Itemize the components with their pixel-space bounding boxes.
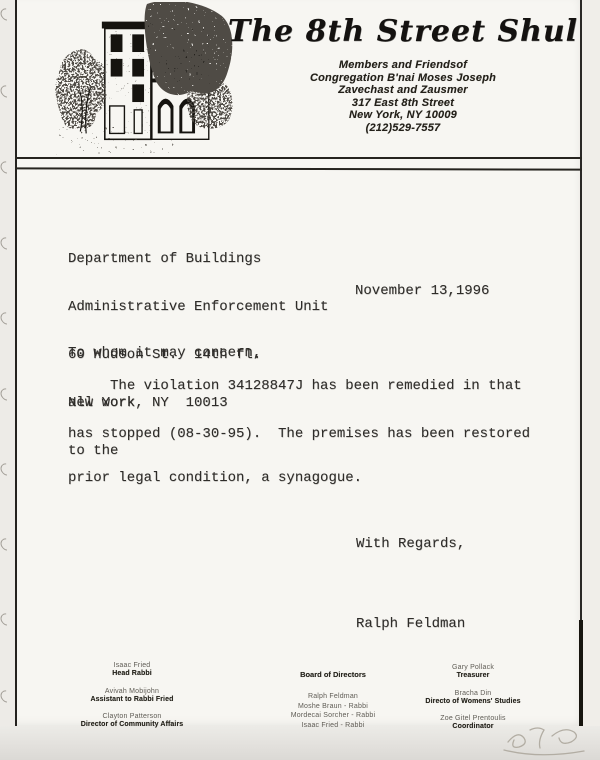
officer-title: Head Rabbi	[38, 670, 226, 679]
officer-title: Assistant to Rabbi Fried	[38, 696, 226, 705]
letterhead-title: The 8th Street Shul	[223, 14, 583, 49]
closing: With Regards,	[356, 536, 465, 552]
officer-name: Gary Pollack	[392, 664, 554, 672]
officer-entry: Clayton Patterson Director of Community …	[38, 713, 226, 730]
body-paragraph: has stopped (08-30-95). The premises has…	[68, 426, 530, 460]
salutation: To whom it may concern,	[68, 345, 261, 361]
recipient-line: Administrative Enforcement Unit	[68, 299, 328, 315]
letterhead-subtitle-line: 317 East 8th Street	[223, 97, 583, 110]
page-border-left	[15, 0, 17, 726]
officer-entry: Gary Pollack Treasurer	[392, 664, 554, 681]
officer-title: Director of Community Affairs	[38, 721, 226, 730]
officer-entry: Avivah Mobijohn Assistant to Rabbi Fried	[38, 688, 226, 705]
recipient-line: Department of Buildings	[68, 251, 328, 267]
scanner-margin-right	[582, 0, 600, 726]
officer-name: Avivah Mobijohn	[38, 688, 226, 696]
officer-name: Bracha Din	[392, 690, 554, 698]
scanner-margin-left	[0, 0, 15, 760]
page-border-right	[580, 0, 582, 726]
officer-title: Treasurer	[392, 672, 554, 681]
officer-name: Isaac Fried	[38, 662, 226, 670]
letterhead-subtitle-line: Congregation B'nai Moses Joseph	[223, 72, 583, 85]
officer-entry: Bracha Din Directo of Womens' Studies	[392, 690, 554, 707]
officer-entry: Isaac Fried Head Rabbi	[38, 662, 226, 679]
letterhead-subtitle-line: Members and Friendsof	[223, 59, 583, 72]
letterhead-subtitle-line: New York, NY 10009	[223, 109, 583, 122]
scanned-letter-page: The 8th Street Shul Members and Friendso…	[0, 0, 600, 760]
officer-name: Clayton Patterson	[38, 713, 226, 721]
letterhead-subtitle-line: (212)529-7557	[223, 122, 583, 135]
letter-date: November 13,1996	[355, 283, 489, 299]
signature-name: Ralph Feldman	[356, 616, 465, 632]
body-paragraph: prior legal condition, a synagogue.	[68, 470, 362, 487]
letterhead: The 8th Street Shul Members and Friendso…	[15, 0, 582, 157]
officer-title: Directo of Womens' Studies	[392, 698, 554, 707]
footer-column-left: Isaac Fried Head Rabbi Avivah Mobijohn A…	[38, 662, 226, 739]
page-border-right-heavy	[579, 620, 583, 726]
letterhead-divider-line	[15, 157, 582, 159]
pencil-scribble-icon	[500, 716, 590, 758]
letterhead-subtitle-line: Zavechast and Zausmer	[223, 84, 583, 97]
body-paragraph: The violation 34128847J has been remedie…	[68, 378, 522, 412]
building-sketch-icon	[55, 2, 237, 155]
letterhead-text: The 8th Street Shul Members and Friendso…	[223, 14, 583, 134]
